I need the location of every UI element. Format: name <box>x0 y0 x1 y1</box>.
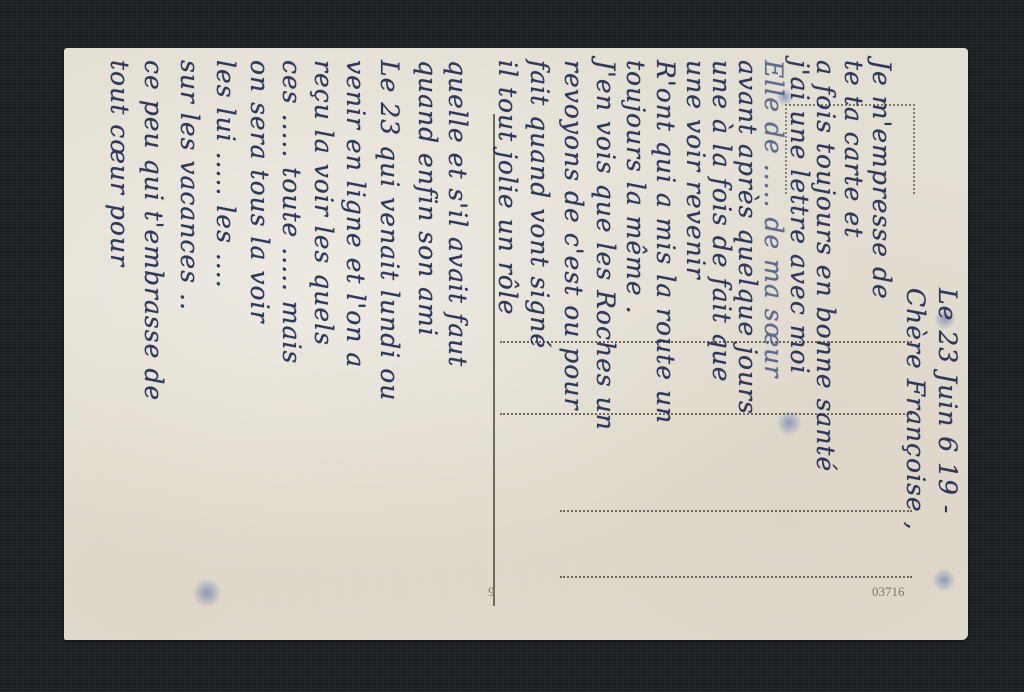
handwriting-line: avant après quelque jours <box>733 60 762 415</box>
handwriting-line: venir en ligne et l'on a <box>341 60 370 368</box>
handwriting-line: toujours la même . <box>621 60 650 315</box>
handwriting-line: ces ..... toute ..... mais <box>277 60 306 364</box>
handwriting-line: j'ai une lettre avec moi <box>785 60 814 375</box>
handwriting-line: tout cœur pour <box>105 60 134 267</box>
handwriting-line: Elle de ..... de ma sœur <box>759 60 788 378</box>
handwriting-line: Je m'empresse de <box>867 60 896 300</box>
handwriting-line: te ta carte et <box>839 60 868 238</box>
handwriting-line: R'ont qui a mis la route un <box>651 60 680 424</box>
address-line-2 <box>500 413 912 415</box>
address-line-3 <box>560 510 912 512</box>
handwriting-line: a fois toujours en bonne santé <box>811 60 840 472</box>
handwriting-line: reçu la voir les quels <box>309 60 338 346</box>
handwriting-line: une voir revenir <box>681 60 710 280</box>
handwriting-line: revoyons de c'est ou pour <box>559 60 588 410</box>
ink-blot <box>776 410 802 436</box>
handwriting-line: sur les vacances .. <box>175 60 204 311</box>
postcard: 9 03716 Le 23 Juin 6 19 - Chère François… <box>64 48 968 640</box>
address-line-4 <box>560 576 912 578</box>
handwriting-line: ce peu qui t'embrasse de <box>139 60 168 401</box>
handwriting-line: quelle et s'il avait faut <box>443 60 472 367</box>
handwriting-line: une à la fois de fait que <box>707 60 736 383</box>
handwriting-line: les lui ..... les .... <box>211 60 240 289</box>
ink-blot <box>932 568 956 592</box>
ink-blot <box>192 578 222 608</box>
handwriting-line: J'en vois que les Roches un <box>591 60 620 431</box>
handwriting-date-line: Le 23 Juin 6 19 - <box>933 288 962 514</box>
printed-number-right: 03716 <box>872 584 905 600</box>
handwriting-line: quand enfin son ami <box>413 60 442 337</box>
handwriting-line: Chère Françoise , <box>901 288 930 531</box>
handwriting-line: il tout jolie un rôle <box>493 60 522 316</box>
handwriting-line: on sera tous la voir <box>245 60 274 323</box>
printed-number-left: 9 <box>488 584 495 600</box>
handwriting-line: fait quand vont signé <box>525 60 554 349</box>
handwriting-line: Le 23 qui venait lundi ou <box>375 60 404 401</box>
